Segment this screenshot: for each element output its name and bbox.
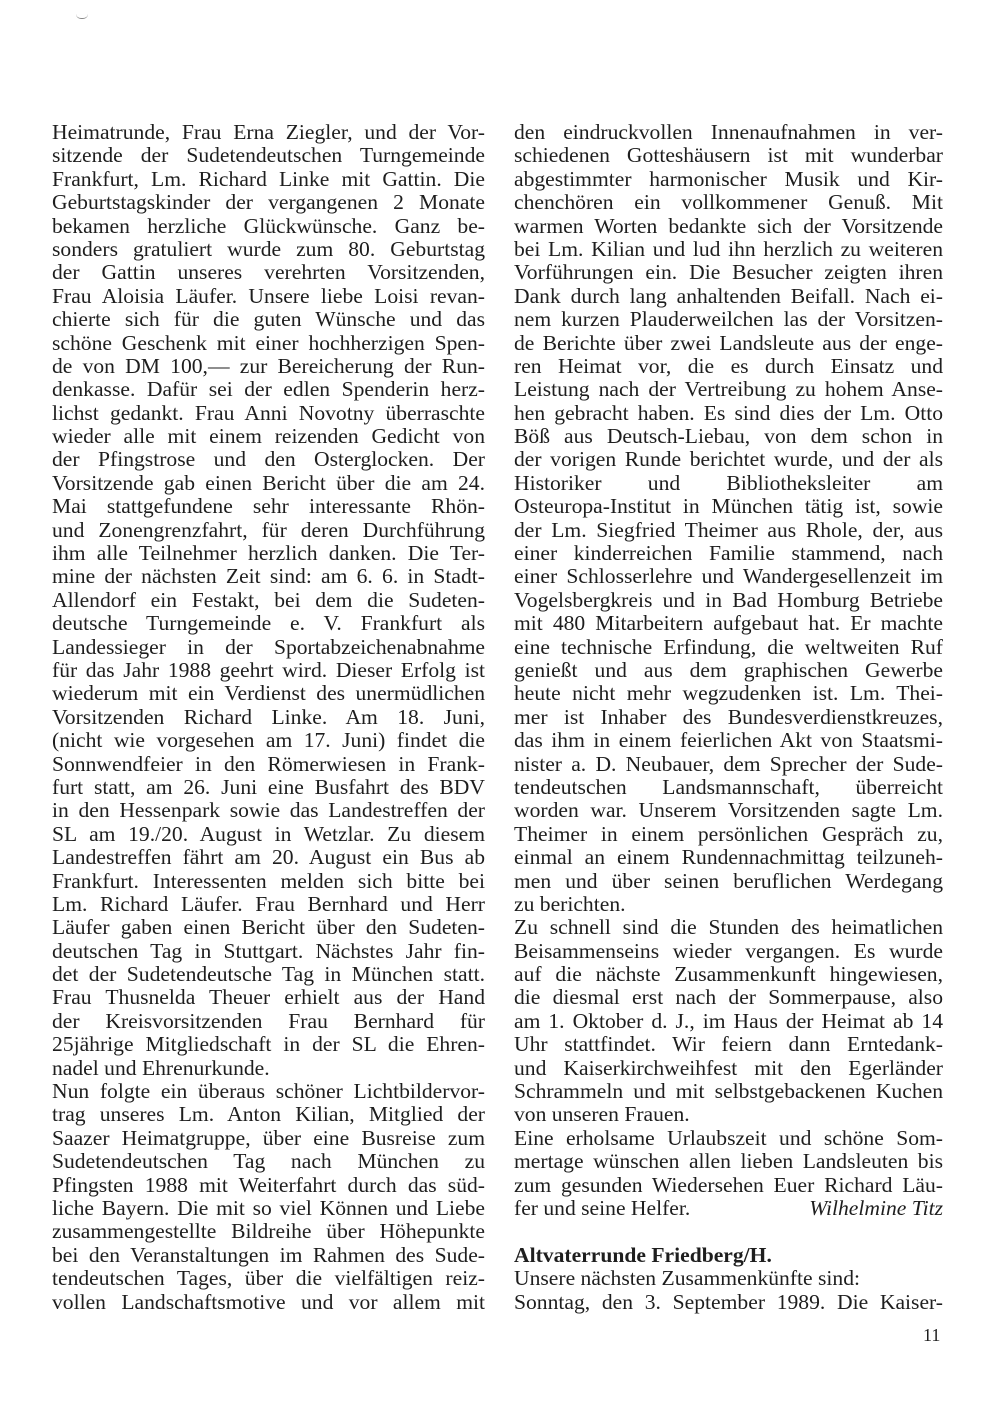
text-line: Landessieger in der Sportabzeichenabnahm…	[52, 636, 485, 659]
text-line: zusammengestellte Bildreihe über Höhepun…	[52, 1220, 485, 1243]
text-line: Frau Thusnelda Theuer erhielt aus der Ha…	[52, 986, 485, 1009]
text-line: Vogelsbergkreis und in Bad Homburg Betri…	[514, 589, 943, 612]
text-line: schiedenen Gotteshäusern ist mit wunderb…	[514, 144, 943, 167]
text-line: Schrammeln und mit selbstgebackenen Kuch…	[514, 1080, 943, 1103]
right-column-body: den eindruckvollen Innenaufnahmen in ver…	[514, 121, 943, 1197]
text-line: denkasse. Dafür sei der edlen Spenderin …	[52, 378, 485, 401]
text-line: wieder alle mit einem reizenden Gedicht …	[52, 425, 485, 448]
text-line: deutschen Tag in Stuttgart. Nächstes Jah…	[52, 940, 485, 963]
section-spacer	[514, 1220, 943, 1243]
text-line: am 1. Oktober d. J., im Haus der Heimat …	[514, 1010, 943, 1033]
text-line: worden war. Unserem Vorsitzenden sagte L…	[514, 799, 943, 822]
text-line: und Zonengrenzfahrt, für deren Durchführ…	[52, 519, 485, 542]
text-line: einmal an einem Rundennachmittag teilzun…	[514, 846, 943, 869]
scan-artifact	[76, 14, 88, 19]
text-line: warmen Worten bedankte sich der Vorsitze…	[514, 215, 943, 238]
section-body: Unsere nächsten Zusammenkünfte sind:Sonn…	[514, 1267, 943, 1314]
text-line: in den Hessenpark sowie das Landestreffe…	[52, 799, 485, 822]
text-line: eine technische Erfindung, die weltweite…	[514, 636, 943, 659]
text-line: der Gattin unseres verehrten Vorsitzende…	[52, 261, 485, 284]
text-line: tendeutschen Tages, über die vielfältige…	[52, 1267, 485, 1290]
text-line: Frankfurt. Interessenten melden sich bit…	[52, 870, 485, 893]
text-line: der Pfingstrose und den Osterglocken. De…	[52, 448, 485, 471]
right-column: den eindruckvollen Innenaufnahmen in ver…	[514, 121, 943, 1314]
text-line: genießt und aus dem graphischen Gewerbe	[514, 659, 943, 682]
text-line: Geburtstagskinder der vergangenen 2 Mona…	[52, 191, 485, 214]
text-line: sitzende der Sudetendeutschen Turngemein…	[52, 144, 485, 167]
text-line: de Berichte über zwei Landsleute aus der…	[514, 332, 943, 355]
text-line: vollen Landschaftsmotive und vor allem m…	[52, 1291, 485, 1314]
text-line: men und über seinen beruflichen Werdegan…	[514, 870, 943, 893]
text-line: Historiker und Bibliotheksleiter am	[514, 472, 943, 495]
text-line: Vorsitzende gab einen Bericht über die a…	[52, 472, 485, 495]
text-line: einer Schlosserlehre und Wandergesellenz…	[514, 565, 943, 588]
text-line: zu berichten.	[514, 893, 943, 916]
text-line: Vorsitzenden Richard Linke. Am 18. Juni,	[52, 706, 485, 729]
text-line: heute nicht mehr wegzudenken ist. Lm. Th…	[514, 682, 943, 705]
text-line: de von DM 100,— zur Bereicherung der Run…	[52, 355, 485, 378]
text-line: Heimatrunde, Frau Erna Ziegler, und der …	[52, 121, 485, 144]
text-line: einer kinderreichen Familie stammend, na…	[514, 542, 943, 565]
text-line: Sonnwendfeier in den Römerwiesen in Fran…	[52, 753, 485, 776]
text-line: Saazer Heimatgruppe, über eine Busreise …	[52, 1127, 485, 1150]
text-line: der vorigen Runde berichtet wurde, und d…	[514, 448, 943, 471]
text-line: das ihm in einem feierlichen Akt von Sta…	[514, 729, 943, 752]
text-line: von unseren Frauen.	[514, 1103, 943, 1126]
text-line: Vorführungen ein. Die Besucher zeigten i…	[514, 261, 943, 284]
text-line: Sudetendeutschen Tag nach München zu	[52, 1150, 485, 1173]
signature-line: fer und seine Helfer. Wilhelmine Titz	[514, 1197, 943, 1220]
text-line: Böß aus Deutsch-Liebau, von dem schon in	[514, 425, 943, 448]
text-line: auf die nächste Zusammenkunft hingewiese…	[514, 963, 943, 986]
text-line: ren Heimat vor, die es durch Einsatz und	[514, 355, 943, 378]
text-line: Osteuropa-Institut in München tätig ist,…	[514, 495, 943, 518]
text-line: zum gesunden Wiedersehen Euer Richard Lä…	[514, 1174, 943, 1197]
text-line: Lm. Richard Läufer. Frau Bernhard und He…	[52, 893, 485, 916]
section-heading: Altvaterrunde Friedberg/H.	[514, 1244, 943, 1267]
text-line: Mai stattgefundene sehr interessante Rhö…	[52, 495, 485, 518]
text-line: Allendorf ein Festakt, bei dem die Sudet…	[52, 589, 485, 612]
text-line: mer ist Inhaber des Bundesverdienstkreuz…	[514, 706, 943, 729]
text-line: det der Sudetendeutsche Tag in München s…	[52, 963, 485, 986]
text-line: Frankfurt, Lm. Richard Linke mit Gattin.…	[52, 168, 485, 191]
text-line: mit 480 Mitarbeitern aufgebaut hat. Er m…	[514, 612, 943, 635]
text-line: bekamen herzliche Glückwünsche. Ganz be-	[52, 215, 485, 238]
text-line: Eine erholsame Urlaubszeit und schöne So…	[514, 1127, 943, 1150]
text-line: Uhr stattfindet. Wir feiern dann Ernteda…	[514, 1033, 943, 1056]
text-line: Leistung nach der Vertreibung zu hohem A…	[514, 378, 943, 401]
text-line: SL am 19./20. August in Wetzlar. Zu dies…	[52, 823, 485, 846]
text-line: ihm alle Teilnehmer herzlich danken. Die…	[52, 542, 485, 565]
text-line: der Kreisvorsitzenden Frau Bernhard für	[52, 1010, 485, 1033]
text-line: abgestimmter harmonischer Musik und Kir-	[514, 168, 943, 191]
author-signature: Wilhelmine Titz	[809, 1197, 943, 1220]
text-line: und Kaiserkirchweihfest mit den Egerländ…	[514, 1057, 943, 1080]
text-line: Unsere nächsten Zusammenkünfte sind:	[514, 1267, 943, 1290]
text-line: lichst gedankt. Frau Anni Novotny überra…	[52, 402, 485, 425]
text-line: mine der nächsten Zeit sind: am 6. 6. in…	[52, 565, 485, 588]
text-line: Sonntag, den 3. September 1989. Die Kais…	[514, 1291, 943, 1314]
text-line: chenchören ein vollkommener Genuß. Mit	[514, 191, 943, 214]
text-line: trag unseres Lm. Anton Kilian, Mitglied …	[52, 1103, 485, 1126]
text-line: (nicht wie vorgesehen am 17. Juni) finde…	[52, 729, 485, 752]
text-line: den eindruckvollen Innenaufnahmen in ver…	[514, 121, 943, 144]
text-line: Pfingsten 1988 mit Weiterfahrt durch das…	[52, 1174, 485, 1197]
text-line: Dank durch lang anhaltenden Beifall. Nac…	[514, 285, 943, 308]
text-line: Nun folgte ein überaus schöner Lichtbild…	[52, 1080, 485, 1103]
text-line: Frau Aloisia Läufer. Unsere liebe Loisi …	[52, 285, 485, 308]
text-line: nem kurzen Plauderweilchen las der Vorsi…	[514, 308, 943, 331]
text-line: tendeutschen Landsmannschaft, überreicht	[514, 776, 943, 799]
text-line: für das Jahr 1988 geehrt wird. Dieser Er…	[52, 659, 485, 682]
closing-text: fer und seine Helfer.	[514, 1197, 690, 1220]
text-line: Landestreffen fährt am 20. August ein Bu…	[52, 846, 485, 869]
text-line: bei den Veranstaltungen im Rahmen des Su…	[52, 1244, 485, 1267]
text-line: Beisammenseins wieder vergangen. Es wurd…	[514, 940, 943, 963]
left-column: Heimatrunde, Frau Erna Ziegler, und der …	[52, 121, 485, 1314]
text-line: Zu schnell sind die Stunden des heimatli…	[514, 916, 943, 939]
text-line: sonders gratuliert wurde zum 80. Geburts…	[52, 238, 485, 261]
text-line: liche Bayern. Die mit so viel Können und…	[52, 1197, 485, 1220]
text-line: Läufer gaben einen Bericht über den Sude…	[52, 916, 485, 939]
text-line: mertage wünschen allen lieben Landsleute…	[514, 1150, 943, 1173]
text-line: der Lm. Siegfried Theimer aus Rhole, der…	[514, 519, 943, 542]
text-line: wiederum mit ein Verdienst des unermüdli…	[52, 682, 485, 705]
text-line: deutsche Turngemeinde e. V. Frankfurt al…	[52, 612, 485, 635]
text-line: 25jährige Mitgliedschaft in der SL die E…	[52, 1033, 485, 1056]
text-line: bei Lm. Kilian und lud ihn herzlich zu w…	[514, 238, 943, 261]
text-line: schöne Geschenk mit einer hochherzigen S…	[52, 332, 485, 355]
text-line: nister a. D. Neubauer, dem Sprecher der …	[514, 753, 943, 776]
text-line: Theimer in einem persönlichen Gespräch z…	[514, 823, 943, 846]
text-line: nadel und Ehrenurkunde.	[52, 1057, 485, 1080]
text-line: furt statt, am 26. Juni eine Busfahrt de…	[52, 776, 485, 799]
text-line: hen gebracht haben. Es sind dies der Lm.…	[514, 402, 943, 425]
text-line: chierte sich für die guten Wünsche und d…	[52, 308, 485, 331]
page-number: 11	[923, 1325, 940, 1346]
text-line: die diesmal erst nach der Sommerpause, a…	[514, 986, 943, 1009]
